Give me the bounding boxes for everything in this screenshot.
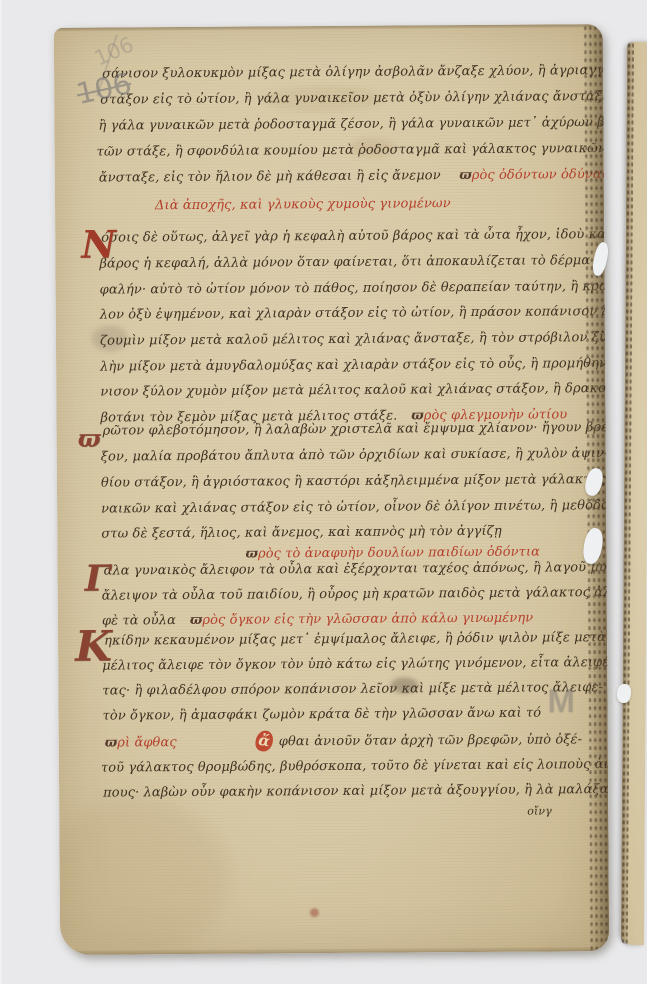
manuscript-line: φὲ τὰ οὖλα ϖρὸς ὄγκον εἰς τὴν γλῶσσαν ἀπ… [102,612,533,628]
manuscript-line: στω δὲ ξεστά, ἥλιος, καὶ ἄνεμος, καὶ καπ… [101,525,501,541]
manuscript-line: ξον, μαλία προβάτου ἄπλυτα ἀπὸ τῶν ὀρχιδ… [101,447,609,464]
manuscript-line: ϖρὸς τὸ ἀναφυὴν δουλίων παιδίων ὀδόντια [245,546,540,561]
manuscript-line: φαλήν· αὐτὸ τὸ ὠτίον μόνον τὸ πάθος, ποί… [100,280,610,297]
initial-nu: Ν [81,225,116,263]
manuscript-line: μέλιτος ἄλειφε τὸν ὄγκον τὸν ὑπὸ κάτω εἰ… [102,656,609,673]
manuscript-line: βάρος ἡ κεφαλή, ἀλλὰ μόνον ὅταν φαίνεται… [99,254,609,271]
manuscript-line: ηκίδην κεκαυμένον μίξας μετ᾽ ἐμψίμαλος ἄ… [104,631,606,648]
manuscript-line: τοῦ γάλακτος θρομβώδης, βυθρόσκοπα, τοῦτ… [101,758,609,775]
initial-pi-ligature: ϖ [78,427,101,451]
manuscript-line: Διὰ ἀποχῆς, καὶ γλυκοὺς χυμοὺς γινομένων [155,197,451,212]
initial-kappa: Κ [75,626,112,668]
manuscript-line: νισον ξύλον χυμὸν μίξον μετὰ μέλιτος καλ… [100,382,609,399]
manuscript-line: οἴνγ [527,805,552,816]
manuscript-line: τῶν στάξε, ἢ σφονδύλια κουμίου μετὰ ῥοδο… [97,142,610,159]
manuscript-line: λὴν μίξον μετὰ ἀμυγδαλομύξας καὶ χλιαρὰν… [100,357,609,374]
manuscript-line: ἢ γάλα γυναικῶν μετὰ ῥοδοσταγμᾶ ζέσον, ἢ… [98,116,609,133]
manuscript-line: σάνισον ξυλοκυκμὸν μίξας μετὰ ὀλίγην ἀσβ… [102,64,609,81]
manuscript-line: άλα γυναικὸς ἄλειφον τὰ οὖλα καὶ ἐξέρχον… [104,561,610,578]
manuscript-line: ἄνσταξε, εἰς τὸν ἥλιον δὲ μὴ κάθεσαι ἢ ε… [99,168,609,185]
initial-gamma: Γ [84,561,110,597]
manuscript-line: φθαι ἀνιοῦν ὅταν ἀρχὴ τῶν βρεφῶν, ὑπὸ ὀξ… [279,733,582,748]
manuscript-line: τας· ἢ φιλαδέλφου σπόρον κοπάνισον λεῖον… [102,681,603,697]
initial-alpha-rubricated: ἄ [254,729,274,753]
manuscript-line: όσοις δὲ οὕτως, ἀλγεῖ γὰρ ἡ κεφαλὴ αὐτοῦ… [101,228,609,245]
manuscript-line: τὸν ὄγκον, ἢ ἀμασφάκι ζωμὸν κράτα δὲ τὴν… [103,707,542,723]
manuscript-line: στάξον εἰς τὸ ὠτίον, ἢ γάλα γυναικεῖον μ… [100,90,609,107]
manuscript-line: ϖρὶ ἄφθας [105,736,177,750]
manuscript-leaf: σάνισον ξυλοκυκμὸν μίξας μετὰ ὀλίγην ἀσβ… [54,24,609,955]
next-leaf-edge [621,42,647,945]
manuscript-line: ναικῶν καὶ χλιάνας στάξον εἰς τὸ ὠτίον, … [101,499,609,516]
manuscript-line: θίου στάξον, ἢ ἀγριόστακος ἢ καστόρι κἀξ… [101,473,609,490]
manuscript-line: ζουμὶν μίξον μετὰ καλοῦ μέλιτος καὶ χλιά… [100,331,609,348]
manuscript-line: λον ὀξὺ ἐψημένον, καὶ χλιαρὰν στάξον εἰς… [100,305,609,322]
manuscript-line: πους· λαβὼν οὖν φακὴν κοπάνισον καὶ μίξο… [103,783,609,800]
text-block: σάνισον ξυλοκυκμὸν μίξας μετὰ ὀλίγην ἀσβ… [54,24,609,955]
margin-stamp-letter: M [547,682,575,720]
manuscript-line: ρῶτον φλεβοτόμησον, ἢ λαλαβὼν χριστελᾶ κ… [103,421,610,438]
manuscript-line: ἄλειψον τὰ οὖλα τοῦ παιδίου, ἢ οὖρος μὴ … [102,586,610,603]
scanned-manuscript-photo: σάνισον ξυλοκυκμὸν μίξας μετὰ ὀλίγην ἀσβ… [0,0,647,984]
